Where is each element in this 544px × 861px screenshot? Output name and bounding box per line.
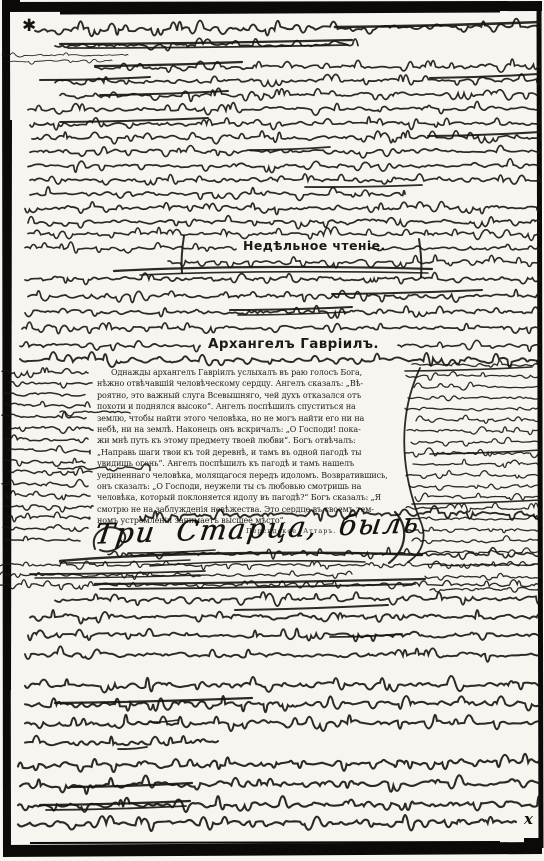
ink-stroke [405,407,538,411]
ink-stroke [398,340,540,351]
ink-stroke [25,696,540,712]
ink-stroke [30,174,540,185]
ink-stroke [3,848,542,851]
ink-stroke [407,527,538,533]
ink-stroke [30,145,540,157]
ink-stroke [25,646,540,661]
ink-stroke [4,59,112,64]
ink-stroke [28,227,540,240]
handwriting-ink-layer [0,0,544,861]
ink-stroke [8,468,92,475]
ink-stroke [25,676,538,693]
ink-stroke [25,736,218,745]
ink-stroke [430,587,540,592]
ink-stroke [2,53,128,57]
ink-stroke [406,471,538,479]
ink-stroke [28,159,540,173]
ink-stroke [55,74,540,87]
ink-stroke [30,610,540,624]
ink-stroke [140,272,428,275]
ink-stroke [428,132,540,136]
ink-stroke [235,605,388,610]
ink-stroke [28,629,540,642]
ink-stroke [407,427,538,435]
ink-stroke [3,458,85,466]
ink-stroke [58,464,150,471]
ink-stroke [408,396,538,401]
ink-stroke [150,720,178,722]
ink-stroke [55,592,540,606]
ink-stroke [18,815,516,831]
ink-stroke [230,307,352,310]
ink-stroke [60,11,500,13]
ink-stroke [30,842,500,843]
ink-stroke [2,480,88,488]
ink-stroke [3,393,85,396]
ink-stroke [25,715,540,731]
ink-stroke [8,382,92,388]
ink-stroke [2,368,88,378]
ink-stroke [30,187,405,201]
ink-stroke [406,372,538,380]
ink-stroke [416,415,538,423]
ink-stroke [28,101,540,115]
ink-stroke [60,411,130,416]
ink-stroke [412,536,538,544]
ink-stroke [6,3,7,853]
ink-stroke [405,367,532,371]
ink-stroke [20,341,200,352]
ink-stroke [370,244,540,250]
ink-stroke [411,437,538,446]
ink-stroke [25,273,540,285]
ink-stroke [305,185,422,187]
ink-stroke [6,491,90,500]
ink-stroke [60,553,422,561]
ink-stroke [332,290,482,294]
ink-stroke [25,242,236,253]
ink-stroke [6,402,90,408]
ink-stroke [95,579,425,584]
ink-stroke [30,117,540,130]
end-x-mark: х [524,810,533,828]
ink-stroke [35,19,540,37]
ink-stroke [8,512,90,522]
ink-stroke [7,446,90,454]
ink-stroke [414,382,538,390]
ink-stroke [2,6,542,7]
ink-stroke [4,505,93,512]
manuscript-scan-page: Недѣльное чтеніе. Архангелъ Гавріилъ. Од… [0,0,544,861]
ink-stroke [22,322,540,334]
ink-stroke [114,267,432,271]
ink-stroke [25,202,540,215]
ink-stroke [25,306,540,319]
ink-stroke [415,493,538,501]
ink-stroke [168,255,540,268]
ink-stroke [28,216,540,229]
ink-stroke [32,131,540,144]
asterisk-mark: ✱ [22,16,36,36]
ink-stroke [20,775,540,794]
ink-stroke [40,77,150,80]
ink-stroke [3,525,88,532]
ink-stroke [419,239,421,277]
ink-stroke [60,118,208,122]
ink-stroke [118,747,147,749]
ink-stroke [4,435,88,443]
ink-stroke [20,352,540,367]
ink-stroke [6,536,80,541]
ink-stroke [413,459,538,467]
ink-stroke [412,500,540,504]
ink-stroke [9,427,93,434]
ink-stroke [410,516,538,520]
ink-stroke [18,754,540,772]
ink-stroke [430,74,538,78]
ink-stroke [409,484,538,490]
ink-stroke [425,573,540,580]
